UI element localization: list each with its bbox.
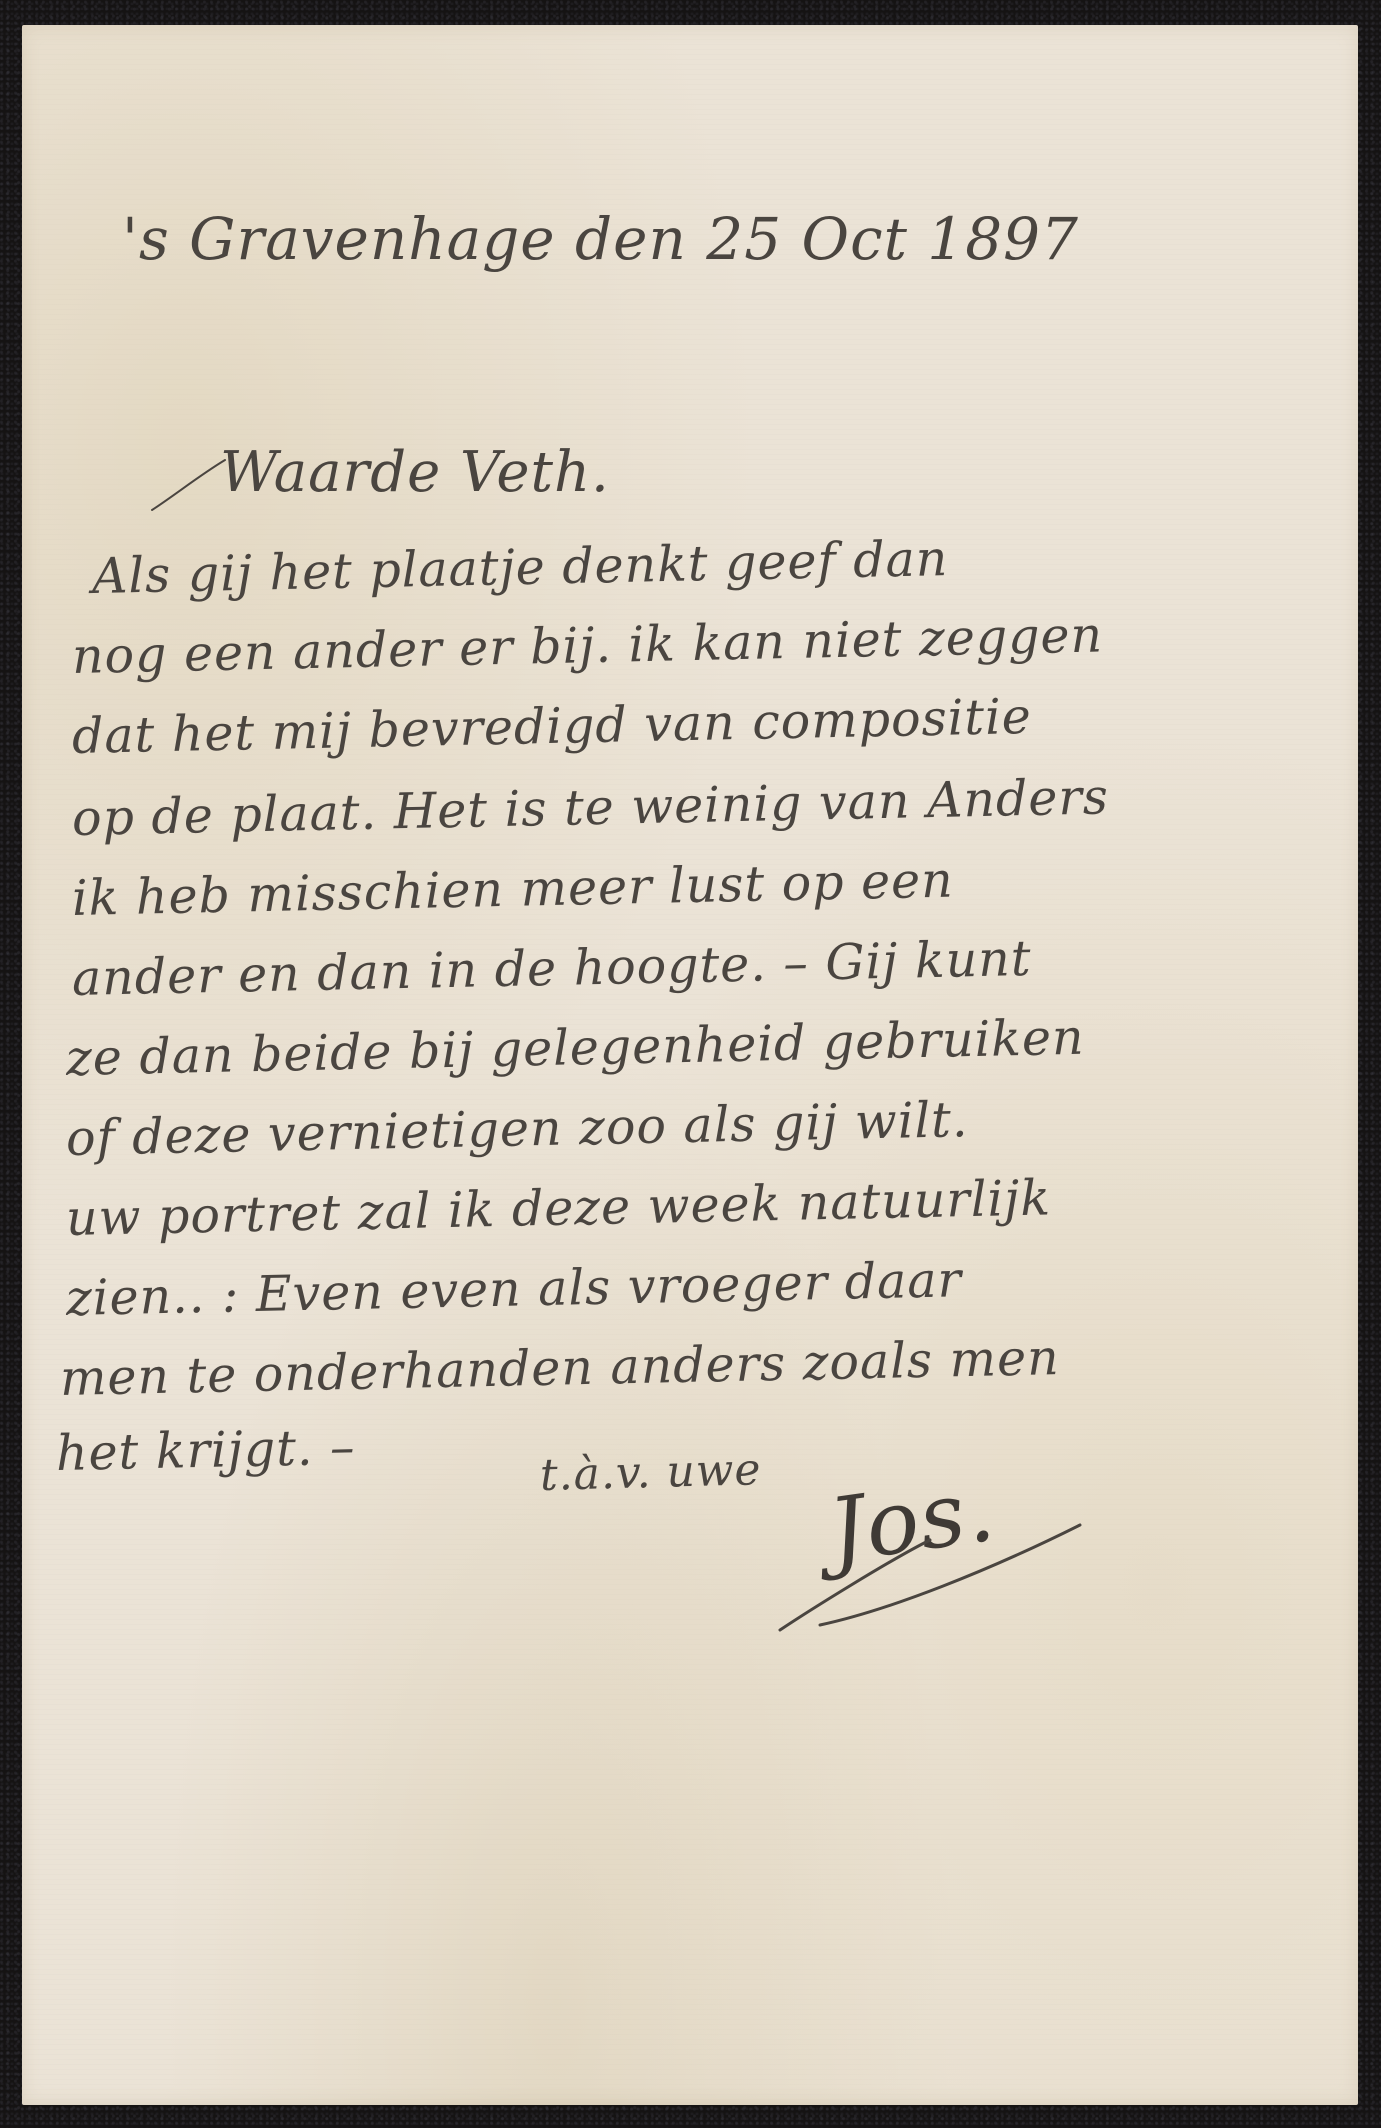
salutation-lead-stroke bbox=[150, 455, 230, 515]
salutation: Waarde Veth. bbox=[220, 440, 610, 505]
place-date-line: 's Gravenhage den 25 Oct 1897 bbox=[122, 205, 1079, 273]
closing-line: t.à.v. uwe bbox=[539, 1444, 762, 1501]
body-line: het krijgt. – bbox=[55, 1419, 356, 1482]
signature-flourish bbox=[770, 1500, 1090, 1640]
